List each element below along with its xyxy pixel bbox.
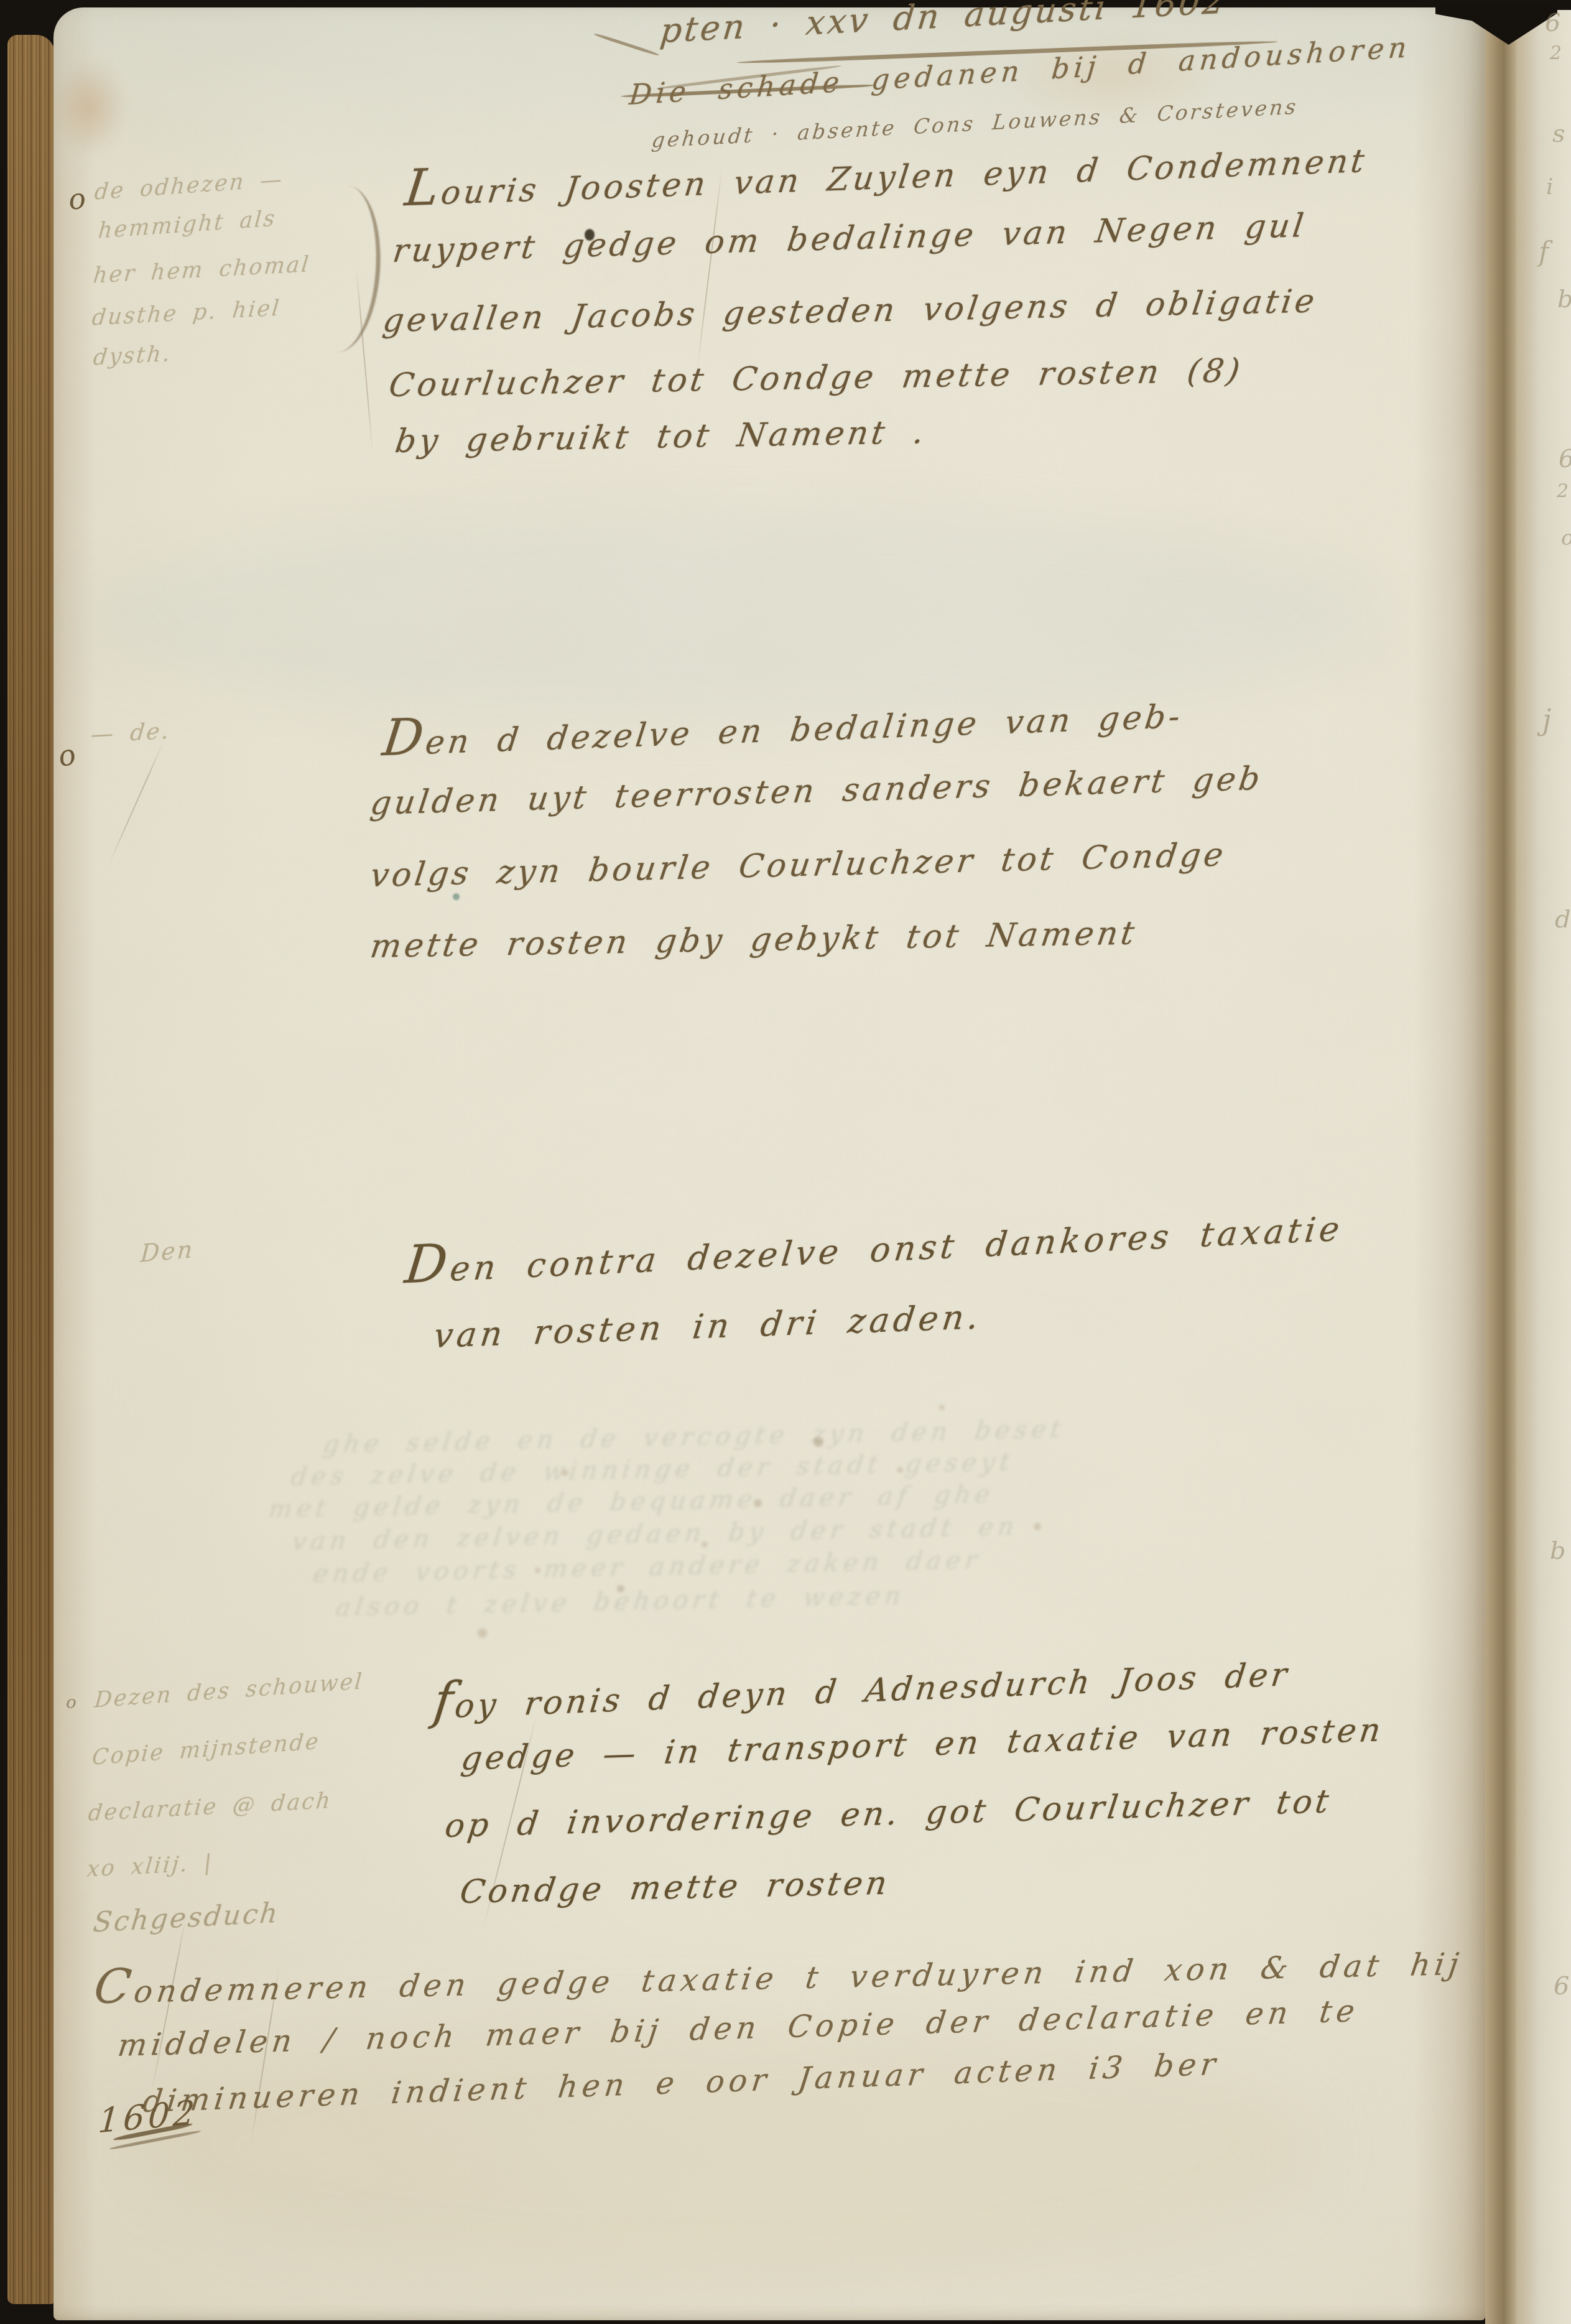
manuscript-scan: pten · xxv dn augusti 1602 Die schade ge… — [0, 0, 1571, 2324]
facing-page-glyph: j — [1542, 703, 1551, 737]
facing-page-glyph: 6 — [1559, 445, 1571, 473]
margin-mark: o — [66, 1692, 76, 1713]
facing-page-glyph: 2 — [1557, 480, 1569, 502]
facing-page-glyph: o — [1561, 526, 1571, 551]
facing-page-glyph: i — [1546, 174, 1554, 200]
facing-page-glyph: 6 — [1554, 1972, 1569, 2001]
book-gutter — [1485, 9, 1516, 2324]
margin-note-line: — de. — [90, 718, 172, 748]
book-binding-edge — [7, 35, 55, 2304]
facing-page-glyph: 2 — [1550, 42, 1562, 64]
facing-page-glyph: 6 — [1545, 9, 1560, 37]
facing-page-glyph: f — [1539, 236, 1549, 268]
margin-note-line: dysth. — [92, 342, 173, 371]
margin-mark: o — [67, 181, 87, 216]
facing-page-glyph: b — [1550, 1536, 1566, 1565]
facing-page-glyph: d — [1555, 905, 1571, 934]
margin-note-line: Den — [139, 1235, 195, 1268]
facing-page-glyph: b — [1557, 285, 1571, 314]
facing-page-glyph: s — [1552, 119, 1565, 148]
